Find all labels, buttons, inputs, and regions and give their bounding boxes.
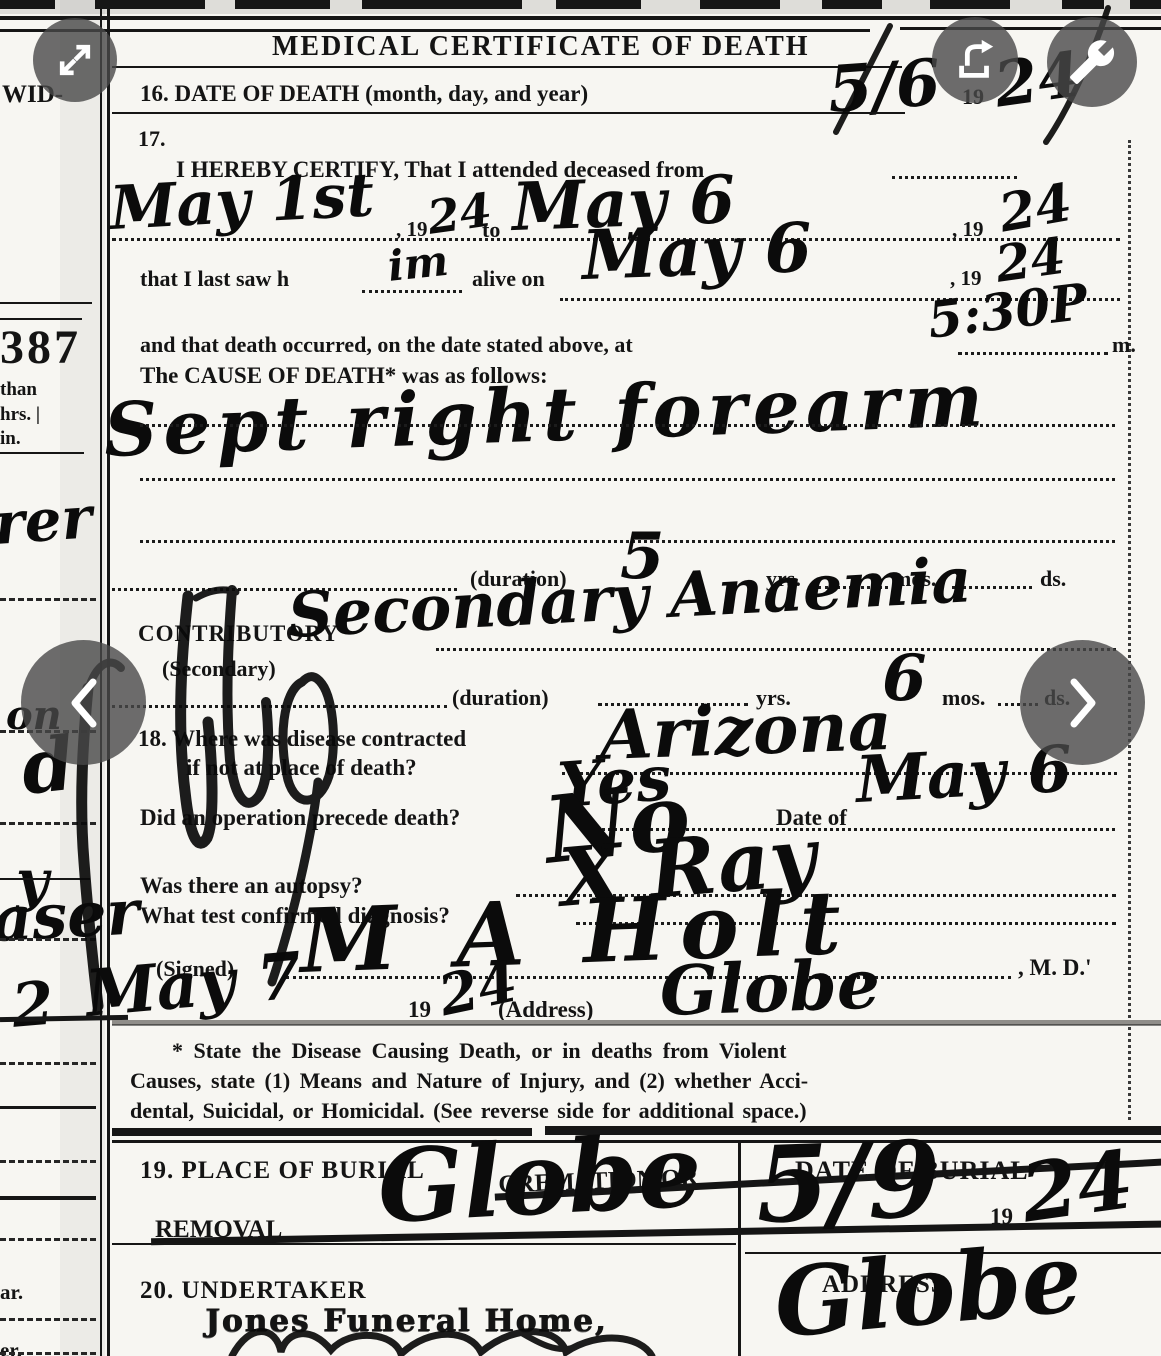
margin-line [0, 1352, 96, 1355]
margin-fragment: in. [0, 429, 21, 448]
margin-handwriting: rer [0, 491, 94, 550]
cutoff-text-fragment [822, 0, 882, 9]
operation-date-handwritten: May 6 [854, 741, 1073, 810]
page-edge-dotted-line [1128, 140, 1131, 1120]
dotted-leader [958, 352, 1108, 355]
death-time-handwritten: 5:30P [925, 279, 1090, 343]
undertaker-address-handwritten: Globe [771, 1235, 1085, 1347]
expand-arrows-icon [53, 38, 97, 82]
field-18-label-line1: 18. Where was disease contracted [138, 727, 466, 750]
margin-line [0, 318, 82, 320]
share-button[interactable] [932, 17, 1018, 103]
share-arrow-icon [952, 37, 998, 83]
field-18-label-line2: if not at place of death? [186, 756, 417, 779]
operation-question: Did an operation precede death? [140, 806, 460, 829]
cutoff-text-fragment [362, 0, 522, 9]
document-title: MEDICAL CERTIFICATE OF DEATH [272, 33, 810, 61]
dotted-leader [362, 290, 462, 293]
margin-fragment: ar. [0, 1282, 23, 1303]
last-saw-label: that I last saw h [140, 268, 289, 290]
fullscreen-button[interactable] [33, 18, 117, 102]
attended-from-date-handwritten: May 1st [109, 168, 376, 236]
duration-label: (duration) [452, 687, 549, 709]
margin-line [0, 598, 96, 601]
margin-line [0, 1318, 96, 1321]
undertaker-stamp: Jones Funeral Home, [205, 1306, 607, 1337]
last-saw-date-handwritten: May 6 [581, 218, 813, 287]
table-divider [738, 1143, 741, 1356]
address-label: (Address) [498, 998, 593, 1021]
next-page-button[interactable] [1020, 640, 1145, 765]
sign-date-handwritten: May 7 [83, 947, 304, 1023]
margin-line [0, 938, 96, 941]
year-prefix: 19 [990, 1205, 1013, 1228]
wrench-icon [1068, 38, 1116, 86]
cutoff-text-fragment [556, 0, 641, 9]
footnote-line2: Causes, state (1) Means and Nature of In… [130, 1070, 808, 1092]
cutoff-text-fragment [1062, 0, 1104, 9]
ds-label: ds. [1040, 568, 1066, 590]
horizontal-rule [112, 66, 902, 68]
field-16-value-handwritten: 5/6 [826, 54, 942, 119]
chevron-left-icon [65, 676, 103, 730]
year-prefix: , 19 [396, 219, 428, 240]
footnote-line1: * State the Disease Causing Death, or in… [172, 1040, 786, 1062]
previous-page-button[interactable] [21, 640, 146, 765]
year-prefix: 19 [408, 998, 431, 1021]
dotted-leader [892, 176, 1017, 179]
dotted-leader [112, 705, 447, 708]
death-occurred-label: and that death occurred, on the date sta… [140, 334, 633, 356]
place-of-burial-handwritten: Globe [376, 1125, 704, 1232]
field-17-number: 17. [138, 128, 166, 150]
burial-date-handwritten: 5/9 [754, 1132, 942, 1233]
cutoff-text-fragment [0, 0, 55, 9]
mos-label: mos. [942, 687, 985, 709]
margin-handwriting: 2 [10, 976, 56, 1033]
contributory-value-handwritten: Secondary Anaemia [287, 552, 973, 644]
dotted-rule [140, 424, 1115, 427]
cutoff-text-fragment [700, 0, 780, 9]
alive-on-label: alive on [472, 268, 545, 290]
margin-fragment: hrs. | [0, 405, 40, 424]
dotted-rule [436, 648, 1116, 651]
dotted-rule [140, 478, 1115, 481]
margin-line [0, 1106, 96, 1109]
field-20-label: 20. UNDERTAKER [140, 1278, 367, 1303]
horizontal-rule [112, 112, 905, 114]
horizontal-rule [112, 1024, 1161, 1026]
secondary-label: (Secondary) [162, 658, 276, 680]
horizontal-rule [112, 1243, 736, 1245]
margin-fragment: than [0, 380, 37, 399]
margin-number: 387 [0, 324, 81, 372]
cutoff-text-fragment [235, 0, 330, 9]
margin-line [0, 1160, 96, 1163]
footnote-line3: dental, Suicidal, or Homicidal. (See rev… [130, 1100, 807, 1122]
m-suffix: m. [1112, 334, 1136, 356]
chevron-right-icon [1064, 676, 1102, 730]
margin-line [0, 1196, 96, 1200]
cutoff-text-fragment [930, 0, 1010, 9]
tools-button[interactable] [1047, 17, 1137, 107]
burial-year-handwritten: 24 [1017, 1143, 1137, 1230]
death-certificate-scan-viewer: WID- 387 than hrs. | in. rer on d y aser… [0, 0, 1161, 1356]
cutoff-text-fragment [1130, 0, 1161, 9]
margin-line [0, 452, 84, 454]
margin-line [0, 822, 96, 825]
margin-line [0, 302, 92, 304]
md-suffix: , M. D.' [1018, 956, 1091, 979]
margin-line [0, 1238, 96, 1241]
year-prefix: , 19 [952, 219, 984, 240]
him-handwritten: im [386, 242, 450, 286]
address-value-handwritten: Globe [659, 954, 881, 1023]
margin-line [0, 1062, 96, 1065]
cutoff-text-fragment [95, 0, 205, 9]
field-16-label: 16. DATE OF DEATH (month, day, and year) [140, 82, 588, 105]
